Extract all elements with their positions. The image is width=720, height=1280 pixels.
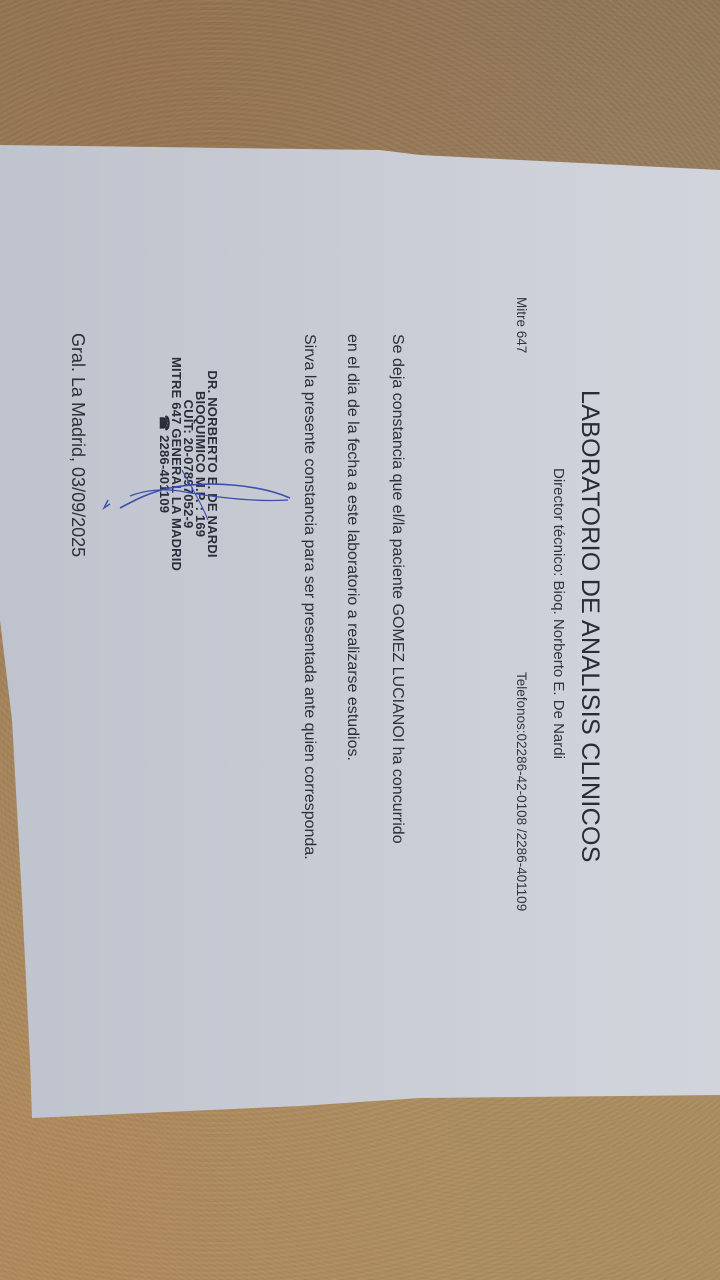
place-and-date: Gral. La Madrid, 03/09/2025 xyxy=(67,333,88,557)
document-title: LABORATORIO DE ANALISIS CLINICOS xyxy=(575,390,604,863)
document-paper: LABORATORIO DE ANALISIS CLINICOS Directo… xyxy=(0,0,720,1280)
phone-numbers: Telefonos:02286-42-0108 /2286-401109 xyxy=(514,672,529,911)
lab-address: Mitre 647 xyxy=(514,297,529,353)
director-line: Director técnico: Bioq. Norberto E. De N… xyxy=(550,468,567,759)
body-line-1: Se deja constancia que el/la paciente GO… xyxy=(388,334,406,844)
doctor-stamp: DR. NORBERTO E. DE NARDI BIOQUIMICO M.P.… xyxy=(158,357,218,571)
body-line-2: en el dia de la fecha a este laboratorio… xyxy=(343,334,361,761)
body-line-3: Sirva la presente constancia para ser pr… xyxy=(300,334,318,860)
